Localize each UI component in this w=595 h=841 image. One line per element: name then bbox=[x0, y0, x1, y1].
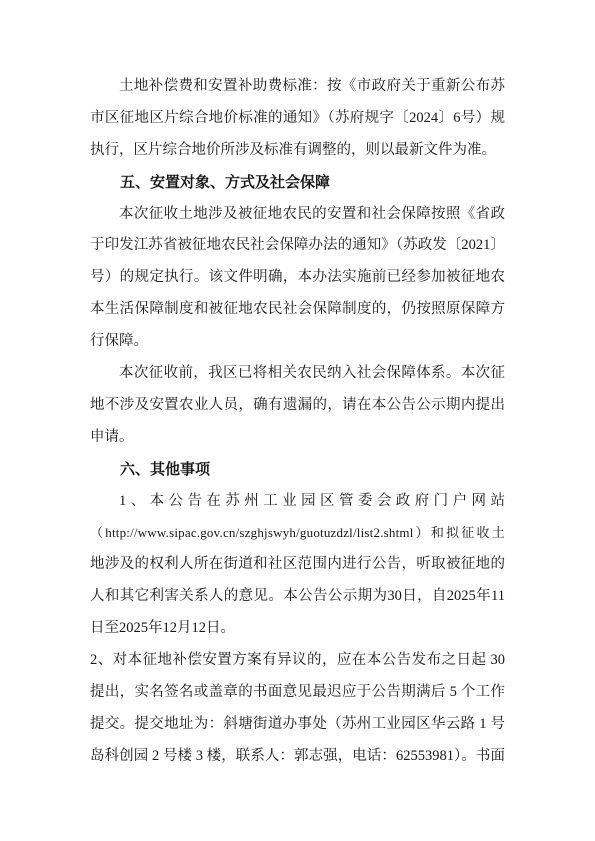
text-line: 土地补偿费和安置补助费标准：按《市政府关于重新公布苏州市 bbox=[90, 71, 505, 103]
text-line: 提出，实名签名或盖章的书面意见最迟应于公告期满后 5 个工作日内 bbox=[90, 677, 505, 709]
paragraph-compensation-standard: 土地补偿费和安置补助费标准：按《市政府关于重新公布苏州市 市区征地区片综合地价标… bbox=[90, 71, 505, 167]
section-heading-5: 五、安置对象、方式及社会保障 bbox=[90, 167, 505, 199]
paragraph-social-security-inclusion: 本次征收前，我区已将相关农民纳入社会保障体系。本次征收土 地不涉及安置农业人员，… bbox=[90, 358, 505, 454]
text-line: 申请。 bbox=[90, 422, 505, 454]
text-line: 市区征地区片综合地价标准的通知》（苏府规字〔2024〕6号）规定 bbox=[90, 103, 505, 135]
document-page: 土地补偿费和安置补助费标准：按《市政府关于重新公布苏州市 市区征地区片综合地价标… bbox=[0, 0, 595, 841]
text-line: 本次征收土地涉及被征地农民的安置和社会保障按照《省政府关 bbox=[90, 199, 505, 231]
text-line: 1、本公告在苏州工业园区管委会政府门户网站 bbox=[90, 486, 505, 518]
text-line: 日至2025年12月12日。 bbox=[90, 613, 505, 645]
text-line: 岛科创园 2 号楼 3 楼，联系人：郭志强，电话：62553981）。书面意 bbox=[90, 741, 505, 773]
text-line: 号）的规定执行。该文件明确，本办法实施前已经参加被征地农民基 bbox=[90, 262, 505, 294]
text-line: 本生活保障制度和被征地农民社会保障制度的，仍按照原保障方式进 bbox=[90, 294, 505, 326]
paragraph-objection-procedure: 2、对本征地补偿安置方案有异议的，应在本公告发布之日起 30 日内 提出，实名签… bbox=[90, 645, 505, 773]
paragraph-announcement-publication: 1、本公告在苏州工业园区管委会政府门户网站 （http://www.sipac.… bbox=[90, 486, 505, 645]
text-line: 行保障。 bbox=[90, 326, 505, 358]
text-line-website-url: （http://www.sipac.gov.cn/szghjswyh/guotu… bbox=[90, 517, 505, 549]
text-line: 执行，区片综合地价所涉及标准有调整的，则以最新文件为准。 bbox=[90, 135, 505, 167]
text-line: 地涉及的权利人所在街道和社区范围内进行公告，听取被征地的权利 bbox=[90, 549, 505, 581]
paragraph-social-security-policy: 本次征收土地涉及被征地农民的安置和社会保障按照《省政府关 于印发江苏省被征地农民… bbox=[90, 199, 505, 358]
text-line: 于印发江苏省被征地农民社会保障办法的通知》（苏政发〔2021〕87 bbox=[90, 230, 505, 262]
document-body: 土地补偿费和安置补助费标准：按《市政府关于重新公布苏州市 市区征地区片综合地价标… bbox=[90, 71, 505, 773]
section-heading-6: 六、其他事项 bbox=[90, 454, 505, 486]
text-line: 人和其它利害关系人的意见。本公告公示期为30日，自2025年11月12 bbox=[90, 581, 505, 613]
text-line: 2、对本征地补偿安置方案有异议的，应在本公告发布之日起 30 日内 bbox=[90, 645, 505, 677]
text-line: 本次征收前，我区已将相关农民纳入社会保障体系。本次征收土 bbox=[90, 358, 505, 390]
text-line: 地不涉及安置农业人员，确有遗漏的，请在本公告公示期内提出补偿 bbox=[90, 390, 505, 422]
text-line: 提交。提交地址为：斜塘街道办事处（苏州工业园区华云路 1 号桑田 bbox=[90, 709, 505, 741]
